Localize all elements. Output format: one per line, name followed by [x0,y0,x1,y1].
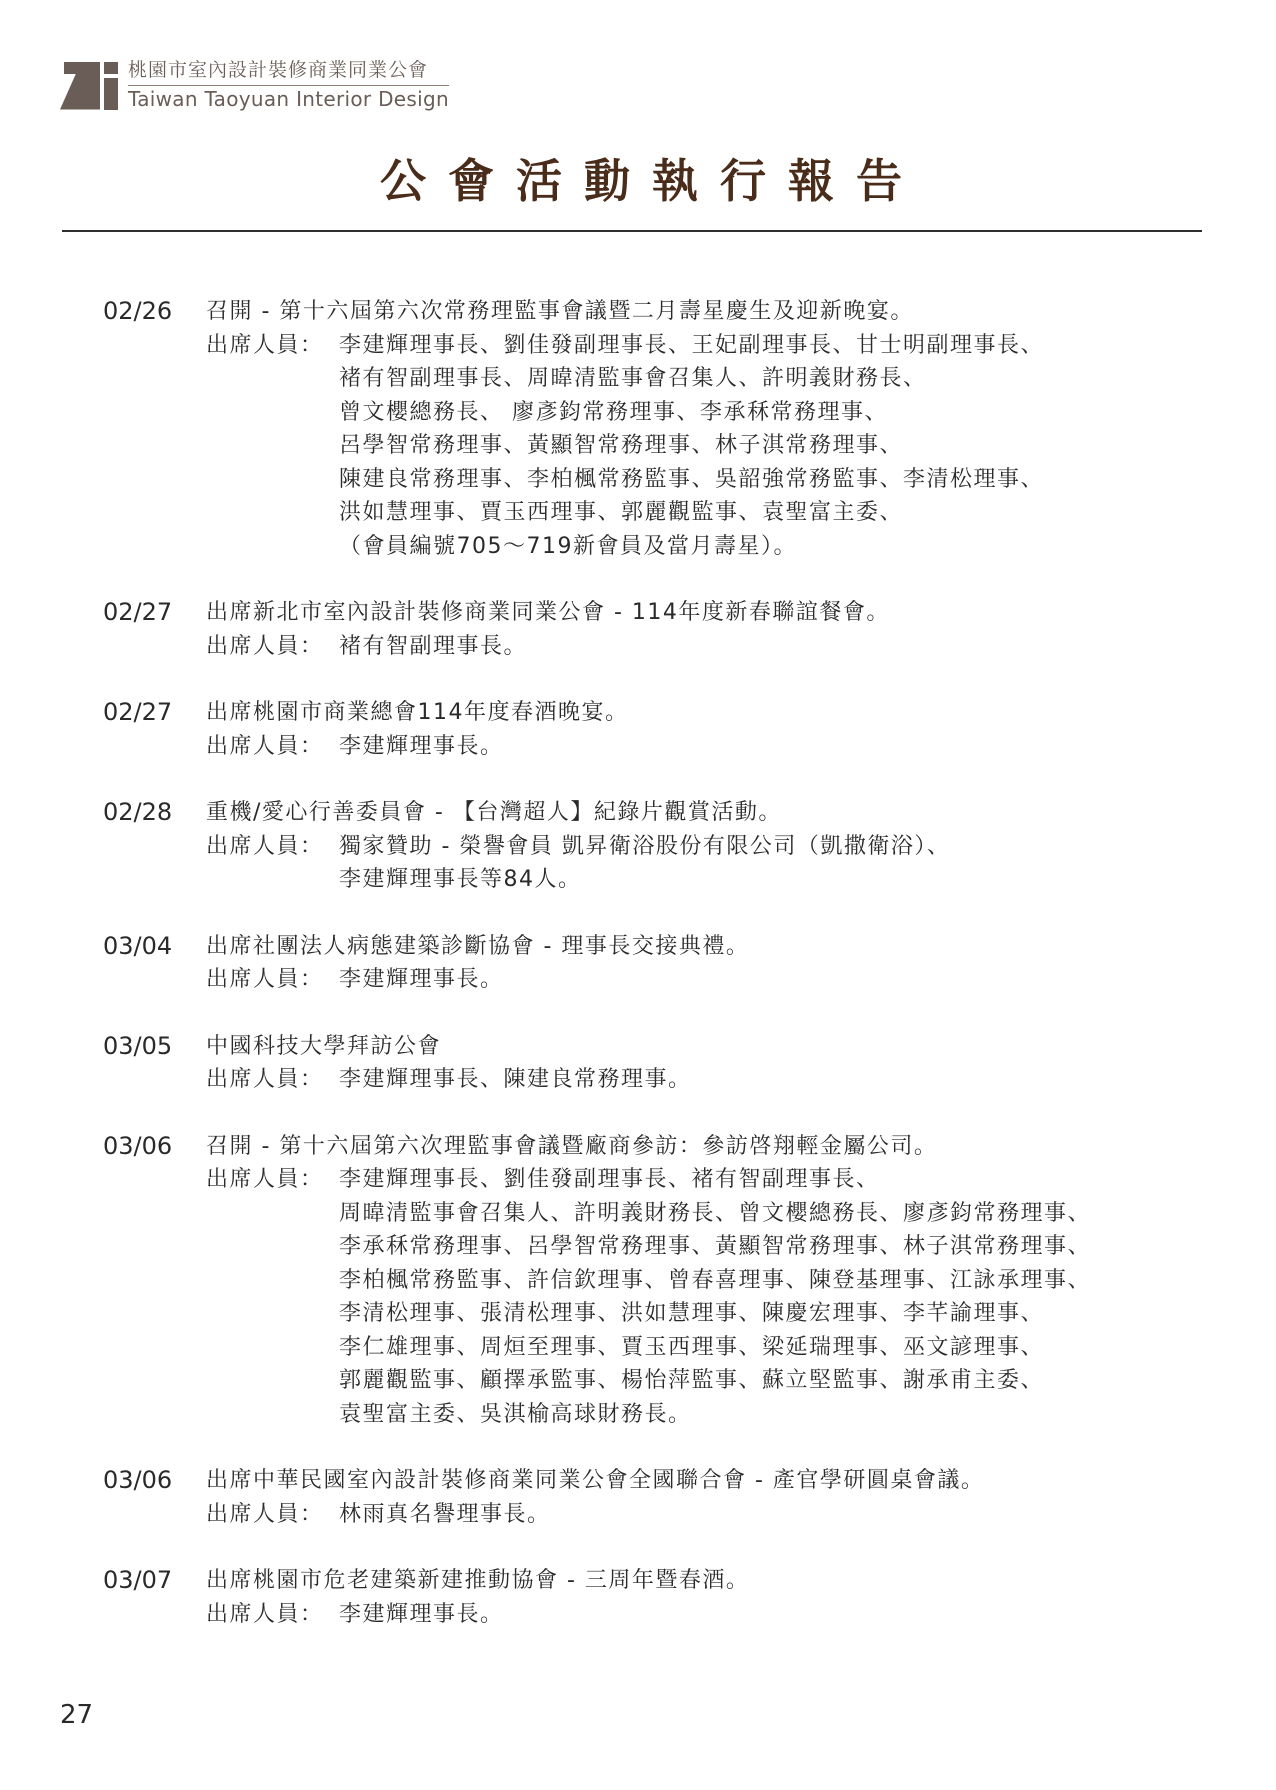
page-title: 公會活動執行報告 [0,145,1276,211]
title-divider [62,230,1202,232]
entry-date: 02/28 [103,796,206,897]
attendee-line: 李建輝理事長、陳建良常務理事。 [339,1063,1223,1097]
entry-date: 03/07 [103,1564,206,1631]
attendee-line: 李柏楓常務監事、許信欽理事、曾春喜理事、陳登基理事、江詠承理事、 [339,1264,1223,1298]
entry-attendees: 出席人員： 李建輝理事長、劉佳發副理事長、褚有智副理事長、 周暐清監事會召集人、… [206,1163,1223,1431]
attendees-label: 出席人員： [206,329,339,564]
attendee-line: 袁聖富主委、吳淇榆高球財務長。 [339,1398,1223,1432]
entry-date: 03/06 [103,1130,206,1432]
entry-event: 重機/愛心行善委員會 - 【台灣超人】紀錄片觀賞活動。 [206,796,1223,830]
entry-event: 出席桃園市危老建築新建推動協會 - 三周年暨春酒。 [206,1564,1223,1598]
attendee-line: 周暐清監事會召集人、許明義財務長、曾文櫻總務長、廖彥鈞常務理事、 [339,1197,1223,1231]
org-name-en: Taiwan Taoyuan Interior Design [128,86,449,112]
attendee-line: 曾文櫻總務長、 廖彥鈞常務理事、李承秝常務理事、 [339,396,1223,430]
org-name: 桃園市室內設計裝修商業同業公會 Taiwan Taoyuan Interior … [128,58,449,112]
attendee-line: 褚有智副理事長、周暐清監事會召集人、許明義財務長、 [339,362,1223,396]
attendee-line: 陳建良常務理事、李柏楓常務監事、吳韶強常務監事、李清松理事、 [339,463,1223,497]
attendees-label: 出席人員： [206,1163,339,1431]
entry-event: 召開 - 第十六屆第六次常務理監事會議暨二月壽星慶生及迎新晚宴。 [206,295,1223,329]
activity-entry: 03/06 召開 - 第十六屆第六次理監事會議暨廠商參訪：參訪啓翔輕金屬公司。 … [103,1130,1223,1432]
entry-date: 02/26 [103,295,206,563]
attendee-line: 李建輝理事長、劉佳發副理事長、王妃副理事長、甘士明副理事長、 [339,329,1223,363]
entry-attendees: 出席人員： 獨家贊助 - 榮譽會員 凱昇衛浴股份有限公司（凱撒衛浴）、 李建輝理… [206,830,1223,897]
attendees-label: 出席人員： [206,1063,339,1097]
attendees-label: 出席人員： [206,830,339,897]
entry-attendees: 出席人員： 林雨真名譽理事長。 [206,1498,1223,1532]
tti-logo-icon [60,58,120,113]
attendee-line: 李仁雄理事、周烜至理事、賈玉西理事、梁延瑞理事、巫文諺理事、 [339,1331,1223,1365]
activity-entry: 02/27 出席桃園市商業總會114年度春酒晚宴。 出席人員： 李建輝理事長。 [103,696,1223,763]
activity-entry: 02/27 出席新北市室內設計裝修商業同業公會 - 114年度新春聯誼餐會。 出… [103,596,1223,663]
attendees-label: 出席人員： [206,1498,339,1532]
entry-event: 中國科技大學拜訪公會 [206,1030,1223,1064]
entry-event: 出席新北市室內設計裝修商業同業公會 - 114年度新春聯誼餐會。 [206,596,1223,630]
entry-attendees: 出席人員： 褚有智副理事長。 [206,630,1223,664]
attendee-line: 林雨真名譽理事長。 [339,1498,1223,1532]
attendee-line: 李建輝理事長等84人。 [339,863,1223,897]
activity-entry: 02/28 重機/愛心行善委員會 - 【台灣超人】紀錄片觀賞活動。 出席人員： … [103,796,1223,897]
entry-attendees: 出席人員： 李建輝理事長、陳建良常務理事。 [206,1063,1223,1097]
entry-date: 02/27 [103,696,206,763]
attendee-line: 李建輝理事長。 [339,963,1223,997]
attendees-label: 出席人員： [206,630,339,664]
attendees-label: 出席人員： [206,963,339,997]
attendee-line: 呂學智常務理事、黃顯智常務理事、林子淇常務理事、 [339,429,1223,463]
entry-attendees: 出席人員： 李建輝理事長。 [206,730,1223,764]
attendee-line: 褚有智副理事長。 [339,630,1223,664]
entry-date: 03/06 [103,1464,206,1531]
org-name-cn: 桃園市室內設計裝修商業同業公會 [128,58,449,86]
attendee-line: 李承秝常務理事、呂學智常務理事、黃顯智常務理事、林子淇常務理事、 [339,1230,1223,1264]
entry-event: 出席社團法人病態建築診斷協會 - 理事長交接典禮。 [206,930,1223,964]
entry-event: 出席中華民國室內設計裝修商業同業公會全國聯合會 - 產官學研圓桌會議。 [206,1464,1223,1498]
entry-event: 出席桃園市商業總會114年度春酒晚宴。 [206,696,1223,730]
activity-entry: 03/06 出席中華民國室內設計裝修商業同業公會全國聯合會 - 產官學研圓桌會議… [103,1464,1223,1531]
attendee-line: 李清松理事、張清松理事、洪如慧理事、陳慶宏理事、李芊諭理事、 [339,1297,1223,1331]
activity-entry: 03/05 中國科技大學拜訪公會 出席人員： 李建輝理事長、陳建良常務理事。 [103,1030,1223,1097]
attendee-line: 李建輝理事長。 [339,730,1223,764]
attendee-line: 李建輝理事長。 [339,1598,1223,1632]
page-number: 27 [60,1700,93,1730]
entry-date: 02/27 [103,596,206,663]
attendee-line: 郭麗觀監事、顧擇承監事、楊怡萍監事、蘇立堅監事、謝承甫主委、 [339,1364,1223,1398]
entry-date: 03/04 [103,930,206,997]
activity-entry: 03/04 出席社團法人病態建築診斷協會 - 理事長交接典禮。 出席人員： 李建… [103,930,1223,997]
entry-date: 03/05 [103,1030,206,1097]
attendees-label: 出席人員： [206,730,339,764]
activity-list: 02/26 召開 - 第十六屆第六次常務理監事會議暨二月壽星慶生及迎新晚宴。 出… [103,295,1223,1664]
entry-event: 召開 - 第十六屆第六次理監事會議暨廠商參訪：參訪啓翔輕金屬公司。 [206,1130,1223,1164]
entry-attendees: 出席人員： 李建輝理事長。 [206,963,1223,997]
activity-entry: 03/07 出席桃園市危老建築新建推動協會 - 三周年暨春酒。 出席人員： 李建… [103,1564,1223,1631]
attendee-line: 李建輝理事長、劉佳發副理事長、褚有智副理事長、 [339,1163,1223,1197]
attendees-label: 出席人員： [206,1598,339,1632]
attendee-line: 獨家贊助 - 榮譽會員 凱昇衛浴股份有限公司（凱撒衛浴）、 [339,830,1223,864]
attendee-line: （會員編號705～719新會員及當月壽星）。 [339,530,1223,564]
attendee-line: 洪如慧理事、賈玉西理事、郭麗觀監事、袁聖富主委、 [339,496,1223,530]
activity-entry: 02/26 召開 - 第十六屆第六次常務理監事會議暨二月壽星慶生及迎新晚宴。 出… [103,295,1223,563]
entry-attendees: 出席人員： 李建輝理事長、劉佳發副理事長、王妃副理事長、甘士明副理事長、 褚有智… [206,329,1223,564]
entry-attendees: 出席人員： 李建輝理事長。 [206,1598,1223,1632]
org-header: 桃園市室內設計裝修商業同業公會 Taiwan Taoyuan Interior … [60,55,449,115]
